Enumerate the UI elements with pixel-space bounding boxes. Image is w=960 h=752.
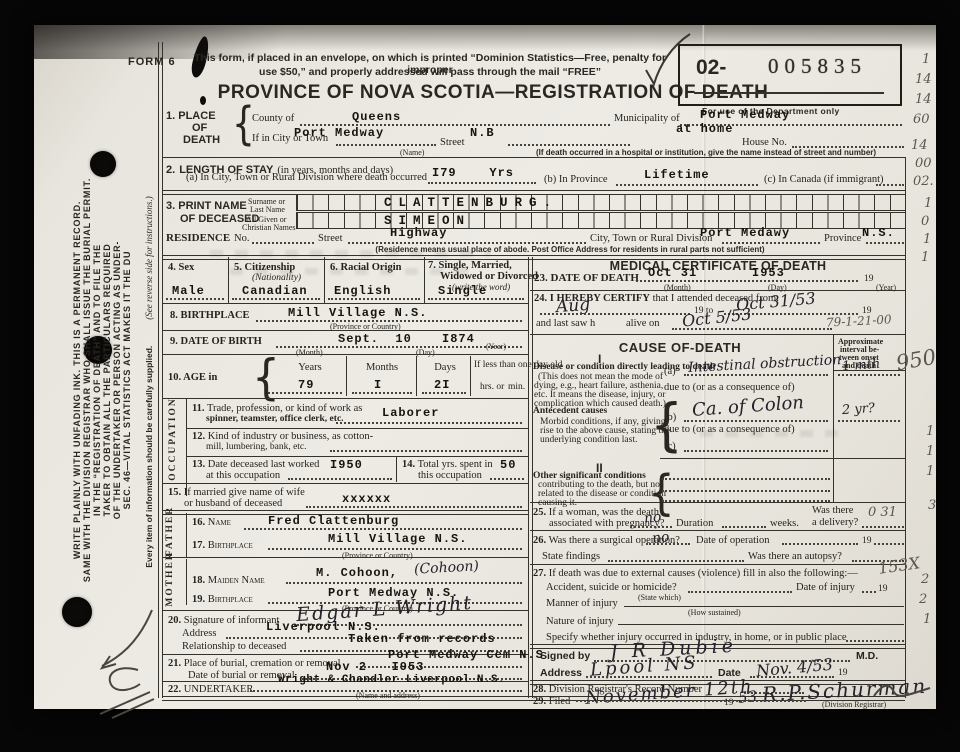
findings-line — [608, 560, 744, 562]
birthdate-label: 9. DATE OF BIRTH — [170, 336, 262, 347]
mother-name-no: 18. — [192, 575, 205, 586]
father-name-value: Fred Clattenburg — [268, 514, 399, 528]
spouse-line — [306, 506, 522, 508]
dateinjury-label: Date of injury — [796, 582, 855, 593]
pencil-mark: 0 — [921, 214, 929, 229]
accident-line — [688, 591, 792, 593]
medical-certificate-title: MEDICAL CERTIFICATE OF DEATH — [538, 259, 898, 273]
father-birth-no: 17. — [192, 540, 205, 551]
lastworked-no: 13. — [192, 459, 205, 470]
physician-address-line — [586, 676, 712, 678]
totalyrs-line — [490, 478, 524, 480]
residence-province-value: N.S. — [862, 226, 895, 240]
lastworked-label1: 13. Date deceased last worked — [192, 459, 319, 470]
racial-no: 6. — [330, 262, 338, 273]
s2b-value: Lifetime — [644, 168, 710, 182]
nature-label: Nature of injury — [546, 616, 614, 627]
undertaker-value: Wright & Chandler Liverpool N.S. — [278, 674, 505, 686]
birthplace-label: 8. BIRTHPLACE — [170, 310, 250, 321]
marital-l1: Single, Married, — [439, 260, 512, 271]
mother-maiden-label: 18. Maiden Name — [192, 575, 265, 586]
trade-label2: spinner, teamster, office clerk, etc. — [206, 414, 344, 424]
antecedent-label: Antecedent causes — [533, 406, 607, 416]
totalyrs-l1: Total yrs. spent in — [418, 459, 493, 470]
column-divider — [528, 257, 533, 698]
s1-of: OF — [192, 122, 207, 134]
specify-line — [846, 640, 904, 642]
cell-divider — [228, 257, 229, 303]
pencil-mark: 1 — [924, 196, 932, 211]
weeks-label: weeks. — [770, 518, 799, 529]
dateinjury-19: 19 — [878, 584, 888, 594]
lastworked-l1: Date deceased last worked — [208, 459, 320, 470]
industry-line — [330, 450, 522, 452]
industry-l1: Kind of industry or business, as cotton- — [208, 431, 373, 442]
trade-label1: 11. Trade, profession, or kind of work a… — [192, 403, 362, 414]
residence-label: RESIDENCE — [166, 232, 230, 244]
accident-label: Accident, suicide or homicide? — [546, 582, 677, 593]
s2a-value: I79 Yrs — [432, 166, 514, 180]
form-number: FORM 6 — [128, 56, 176, 68]
physician-address-label: Address — [540, 667, 582, 679]
birthdate-no: 9. — [170, 336, 178, 347]
mother-name-title: Maiden Name — [208, 575, 265, 586]
marital-line — [428, 298, 524, 300]
age-cell-divider — [416, 356, 417, 396]
external-title: If death was due to external causes (vio… — [549, 568, 858, 579]
rule — [530, 564, 905, 565]
s1-no: 1. — [166, 110, 175, 122]
pencil-mark: 1 — [923, 612, 931, 627]
death-date-no: 23. — [534, 272, 548, 284]
rule — [162, 354, 528, 355]
age-months-line — [352, 392, 412, 394]
age-min-label: min. — [508, 382, 525, 392]
sex-label: 4. Sex — [168, 262, 194, 273]
occupation-tab-divider — [186, 398, 187, 496]
duration-label: Duration — [676, 518, 713, 529]
manner-line — [624, 606, 904, 607]
rule — [530, 290, 905, 291]
racial-origin-value: English — [334, 284, 391, 298]
age-no: 10. — [168, 372, 181, 383]
cell-divider — [424, 257, 425, 303]
pencil-mark: 1 — [922, 52, 930, 67]
father-name-title: Name — [208, 517, 231, 528]
father-birthplace-caption: (Province or Country) — [342, 551, 413, 560]
residence-no-label: No. — [234, 233, 249, 244]
spouse-no: 15. — [168, 487, 181, 498]
birthplace-no: 8. — [170, 310, 178, 321]
lastworked-label2: at this occupation — [206, 470, 280, 481]
nature-line — [618, 624, 904, 625]
year-caption: (Year) — [486, 342, 506, 351]
other-line-1 — [662, 478, 830, 480]
s2c-label: (c) In Canada (if immigrant) — [764, 174, 884, 185]
name-caption: (Name) — [400, 148, 424, 157]
external-label: 27. If death was due to external causes … — [533, 568, 858, 579]
delivery-label-2: a delivery? — [812, 517, 858, 528]
pencil-mark: 1 — [926, 424, 934, 439]
cause-b-line — [684, 420, 828, 422]
marital-value: Single — [438, 284, 487, 298]
margin-line: TAKER TO OBTAIN ALL THE PARTICULARS REQU… — [102, 130, 112, 630]
rule — [530, 530, 905, 531]
mother-birth-no: 19. — [192, 594, 205, 605]
mother-tab-divider — [186, 559, 187, 605]
statewhich-caption: (State which) — [638, 593, 681, 602]
undertaker-no: 22. — [168, 684, 181, 695]
rule — [162, 157, 905, 158]
birthdate-year-value: I874 — [442, 332, 475, 346]
pencil-mark: 1 — [926, 464, 934, 479]
totalyrs-label2: this occupation — [418, 470, 482, 481]
residence-no-line — [252, 242, 314, 244]
cause-a-line — [684, 374, 828, 376]
findings-label: State findings — [542, 551, 600, 562]
birthdate-title: DATE OF BIRTH — [181, 336, 262, 347]
father-birthplace-line — [268, 548, 522, 550]
spouse-label2: or husband of deceased — [184, 498, 282, 509]
pencil-mark: 14 — [915, 72, 932, 87]
street-line — [508, 144, 630, 146]
pencil-scribbles-bottom-left — [88, 600, 168, 730]
informant-no: 20. — [168, 615, 181, 626]
form-right-border — [905, 157, 906, 698]
rule — [162, 483, 528, 484]
death-date-label: 23. DATE OF DEATH — [534, 272, 639, 284]
burial-title: Place of burial, cremation or removal — [184, 658, 341, 669]
industry-label2: mill, lumbering, bank, etc. — [206, 442, 307, 452]
informant-label: 20. Signature of informant — [168, 615, 279, 626]
residence-note: (Residence means usual place of abode. P… — [300, 245, 840, 254]
municipality-label: Municipality of — [614, 113, 680, 124]
autopsy-label: Was there an autopsy? — [748, 551, 842, 562]
due-to-2: due to (or as a consequence of) — [664, 424, 795, 435]
father-tab-divider — [186, 513, 187, 557]
pencil-mark: 14 — [911, 138, 928, 153]
s2c-line — [876, 184, 904, 186]
pencil-mark-3: 3 — [928, 498, 936, 513]
city-value: Port Medway — [294, 126, 384, 140]
marital-label2: Widowed or Divorced — [440, 271, 538, 282]
serial-number: 005835 — [768, 54, 867, 79]
birthplace-value: Mill Village N.S. — [288, 306, 427, 320]
trade-l1: Trade, profession, or kind of work as — [207, 403, 362, 414]
margin-line: SEC. 46—VITAL STATISTICS ACT MAKES IT TH… — [122, 130, 132, 630]
physician-date-line — [750, 676, 834, 678]
s3-no: 3. — [166, 200, 175, 212]
filed-title: Filed — [549, 696, 571, 707]
sex-title: Sex — [179, 262, 195, 273]
pencil-mark: 1 — [921, 250, 929, 265]
s3-print-name: PRINT NAME — [178, 200, 246, 212]
operation-date-label: Date of operation — [696, 535, 769, 546]
certify-no: 24. — [534, 293, 547, 304]
cell-divider — [396, 456, 397, 482]
house-no-label: House No. — [742, 137, 787, 148]
filed-year-handwritten: 53 — [737, 687, 758, 707]
racial-title: Racial Origin — [341, 262, 402, 273]
manner-label: Manner of injury — [546, 598, 618, 609]
marital-label1: 7. Single, Married, — [428, 260, 512, 271]
cause-b-label: (b) — [664, 412, 676, 423]
totalyrs-no: 14. — [402, 459, 415, 470]
signed-by-label: Signed by — [540, 650, 590, 662]
rule — [186, 456, 528, 457]
spouse-value: xxxxxx — [342, 492, 391, 506]
rule — [660, 458, 905, 459]
surname-value: CLATTENBURG. — [384, 196, 558, 210]
citizenship-no: 5. — [234, 262, 242, 273]
citizenship-title: Citizenship — [245, 262, 296, 273]
s2b-label: (b) In Province — [544, 174, 608, 185]
mail-notice-line2: use $50,” and properly addressed will pa… — [190, 66, 670, 78]
residence-city-value: Port Medawy — [700, 226, 790, 240]
attended-from-line — [540, 313, 690, 315]
residence-province-label: Province — [824, 233, 861, 244]
death-date-line — [636, 280, 858, 282]
external-no: 27. — [533, 568, 546, 579]
age-months-header: Months — [350, 362, 414, 373]
residence-street-label: Street — [318, 233, 343, 244]
father-birthplace-value: Mill Village N.S. — [328, 532, 467, 546]
death-date-title: DATE OF DEATH — [551, 272, 639, 284]
undertaker-label: 22. UNDERTAKER — [168, 684, 253, 695]
cause-c-label: (c) — [664, 441, 676, 452]
residence-city-line — [722, 242, 820, 244]
at-home-value: at home — [676, 122, 733, 136]
pregnancy-pencil-code: 0 31 — [868, 505, 897, 520]
burial-date-value: Nov 2 I953 — [326, 660, 424, 674]
physician-date-19: 19 — [838, 668, 848, 678]
s2b-line — [616, 184, 758, 186]
pencil-mark: 1 — [926, 444, 934, 459]
cause-c-line — [684, 450, 828, 452]
age-months-value: I — [374, 378, 382, 392]
operation-no: 26. — [533, 535, 546, 546]
age-days-line — [422, 392, 466, 394]
antecedent-note-3: underlying condition last. — [540, 435, 637, 445]
father-birth-title: Birthplace — [208, 540, 253, 551]
mother-maiden-value: M. Cohoon, — [316, 566, 398, 580]
county-label: County of — [252, 113, 294, 124]
industry-no: 12. — [192, 431, 205, 442]
cause-box-bottom — [530, 502, 905, 503]
pencil-mark: 14 — [915, 92, 932, 107]
s2a-line — [428, 182, 536, 184]
mother-maiden-handwritten: (Cohoon) — [414, 558, 480, 577]
month-caption: (Month) — [296, 348, 323, 357]
informant-address-label: Address — [182, 628, 216, 639]
howsustained-caption: (How sustained) — [688, 608, 741, 617]
s1-no-label: 1. PLACE — [166, 110, 216, 122]
lastsaw-label: and last saw h — [536, 318, 595, 329]
lastworked-line — [288, 478, 392, 480]
left-margin-statute-text: WRITE PLAINLY WITH UNFADING INK. THIS IS… — [72, 130, 138, 630]
cause-b-interval-line — [838, 420, 900, 422]
s1-death: DEATH — [183, 134, 220, 146]
cause-a-label: (a) — [664, 366, 676, 377]
pregnancy-label-1: 25. If a woman, was the death — [533, 507, 659, 518]
alive-on-label: alive on — [626, 318, 660, 329]
pencil-flourish-bottom-right — [870, 676, 940, 706]
hospital-note: (If death occurred in a hospital or inst… — [536, 148, 876, 157]
s2-no: 2. — [166, 164, 175, 176]
age-years-header: Years — [278, 362, 342, 373]
margin-line: OF THE UNDERTAKER OR PERSON ACTING AS UN… — [112, 130, 122, 630]
surname-caption2: Last Name — [250, 205, 285, 214]
father-birthplace-label: 17. Birthplace — [192, 540, 253, 551]
residence-province-line — [866, 242, 904, 244]
mother-birth-title: Birthplace — [208, 594, 253, 605]
dateinjury-line — [862, 591, 876, 593]
cause-a-interval: 1 mth — [842, 357, 881, 375]
filed-no: 29. — [533, 696, 546, 707]
burial-label: 21. Place of burial, cremation or remova… — [168, 658, 341, 669]
occupation-tab: OCCUPATION — [168, 394, 178, 484]
spouse-l1: If married give name of wife — [184, 487, 305, 498]
delivery-line — [862, 526, 904, 528]
filed-line — [576, 700, 806, 702]
s1-place: PLACE — [178, 110, 215, 122]
operation-date-line — [782, 543, 858, 545]
pencil-mark: 60 — [913, 112, 930, 127]
citizenship-paren: (Nationality) — [252, 273, 301, 283]
filed-label: 29. Filed — [533, 696, 570, 707]
pencil-mark: 2 — [919, 592, 927, 607]
other-line-2 — [662, 490, 830, 492]
record-no: 28. — [533, 684, 546, 695]
cause-box-top — [530, 334, 905, 335]
burial-no: 21. — [168, 658, 181, 669]
street-label: Street — [440, 137, 465, 148]
age-cell-divider — [470, 356, 471, 396]
father-name-no: 16. — [192, 517, 205, 528]
cause-b-interval: 2 yr? — [842, 401, 876, 418]
age-days-header: Days — [420, 362, 470, 373]
cell-divider — [324, 257, 325, 303]
rule — [162, 330, 528, 331]
undertaker-title: UNDERTAKER — [184, 684, 254, 695]
age-label: 10. AGE in — [168, 372, 217, 383]
margin-line: WRITE PLAINLY WITH UNFADING INK. THIS IS… — [72, 130, 82, 630]
father-name-line — [244, 528, 522, 530]
pregnancy-line — [630, 526, 672, 528]
death-date-year-value: I953 — [752, 266, 785, 280]
margin-line: SAME WITH THE DIVISION REGISTRAR WHO SHA… — [82, 130, 92, 630]
pregnancy-no: 25. — [533, 507, 546, 518]
marital-no: 7. — [428, 260, 436, 271]
informant-relation-value: Taken from records — [348, 632, 496, 646]
age-title: AGE in — [183, 372, 217, 383]
death-19-label: 19 — [864, 274, 874, 284]
age-hrs-label: hrs. or — [480, 382, 504, 392]
rule — [162, 303, 528, 304]
cause-title: CAUSE OF-DEATH — [590, 340, 770, 355]
rule — [186, 428, 528, 429]
citizenship-label: 5. Citizenship — [234, 262, 295, 273]
father-name-label: 16. Name — [192, 517, 231, 528]
racial-origin-label: 6. Racial Origin — [330, 262, 401, 273]
delivery-label-1: Was there — [812, 505, 853, 516]
citizenship-line — [232, 298, 320, 300]
md-label: M.D. — [856, 650, 878, 662]
age-cell-divider — [346, 356, 347, 396]
birthplace-title: BIRTHPLACE — [181, 310, 250, 321]
pencil-mark: 02. — [913, 174, 934, 189]
trade-line — [336, 422, 522, 424]
informant-relation-label: Relationship to deceased — [182, 641, 286, 652]
trade-value: Laborer — [382, 406, 439, 420]
operation-19: 19 — [862, 536, 872, 546]
s2a-label: (a) In City, Town or Rural Division wher… — [186, 172, 427, 183]
racial-line — [328, 298, 420, 300]
age-years-value: 79 — [298, 378, 314, 392]
spouse-label1: 15. If married give name of wife — [168, 487, 305, 498]
left-margin-notes: Every item of information should be care… — [144, 147, 156, 617]
lastsaw-line — [672, 328, 832, 330]
trade-no: 11. — [192, 403, 205, 414]
mother-birthplace-label: 19. Birthplace — [192, 594, 253, 605]
mother-maiden-line — [286, 582, 522, 584]
sex-value: Male — [172, 284, 205, 298]
pencil-mark: 2 — [921, 572, 929, 587]
pregnancy-handwritten: no — [643, 509, 662, 527]
residence-street-value: Highway — [390, 226, 447, 240]
checkmark-pencil — [632, 28, 702, 92]
city-line — [336, 144, 436, 146]
undertaker-caption: (Name and address) — [356, 691, 420, 700]
supplied-note: Every item of information should be care… — [144, 346, 156, 568]
industry-label1: 12. Kind of industry or business, as cot… — [192, 431, 373, 442]
totalyrs-label1: 14. Total yrs. spent in — [402, 459, 493, 470]
age-days-value: 2I — [434, 378, 450, 392]
s3-label1: 3. PRINT NAME — [166, 200, 247, 212]
county-value: Queens — [352, 110, 401, 124]
duration-line — [722, 526, 766, 528]
death-date-monthday-value: Oct 31 — [648, 266, 697, 280]
citizenship-value: Canadian — [242, 284, 308, 298]
street-value: N.B — [470, 126, 495, 140]
residence-city-label: City, Town or Rural Division — [590, 233, 712, 244]
pencil-mark: 1 — [923, 232, 931, 247]
given-caption2: Christian Names — [242, 223, 296, 232]
margin-line: IN THE “REGISTRATION OF DEATH” AND TO FI… — [92, 130, 102, 630]
pencil-mark: 00 — [915, 156, 932, 171]
scanned-death-certificate: WRITE PLAINLY WITH UNFADING INK. THIS IS… — [0, 0, 960, 752]
operation-line — [646, 543, 690, 545]
day-caption: (Day) — [416, 348, 435, 357]
reverse-side-note: (See reverse side for instructions.) — [144, 196, 156, 319]
age-years-line — [268, 392, 342, 394]
birthdate-monthday-value: Sept. 10 — [338, 332, 412, 346]
rule — [162, 398, 528, 399]
other-line-3 — [662, 500, 830, 502]
due-to-1: due to (or as a consequence of) — [664, 382, 795, 393]
lastworked-value: I950 — [330, 458, 363, 472]
operation-19-line — [874, 543, 904, 545]
municipality-value: Port Medway — [700, 108, 790, 122]
sex-no: 4. — [168, 262, 176, 273]
serial-underline — [694, 92, 884, 94]
sex-line — [166, 298, 224, 300]
totalyrs-value: 50 — [500, 458, 516, 472]
cause-a-interval-line — [838, 374, 900, 376]
residence-street-line — [348, 242, 586, 244]
